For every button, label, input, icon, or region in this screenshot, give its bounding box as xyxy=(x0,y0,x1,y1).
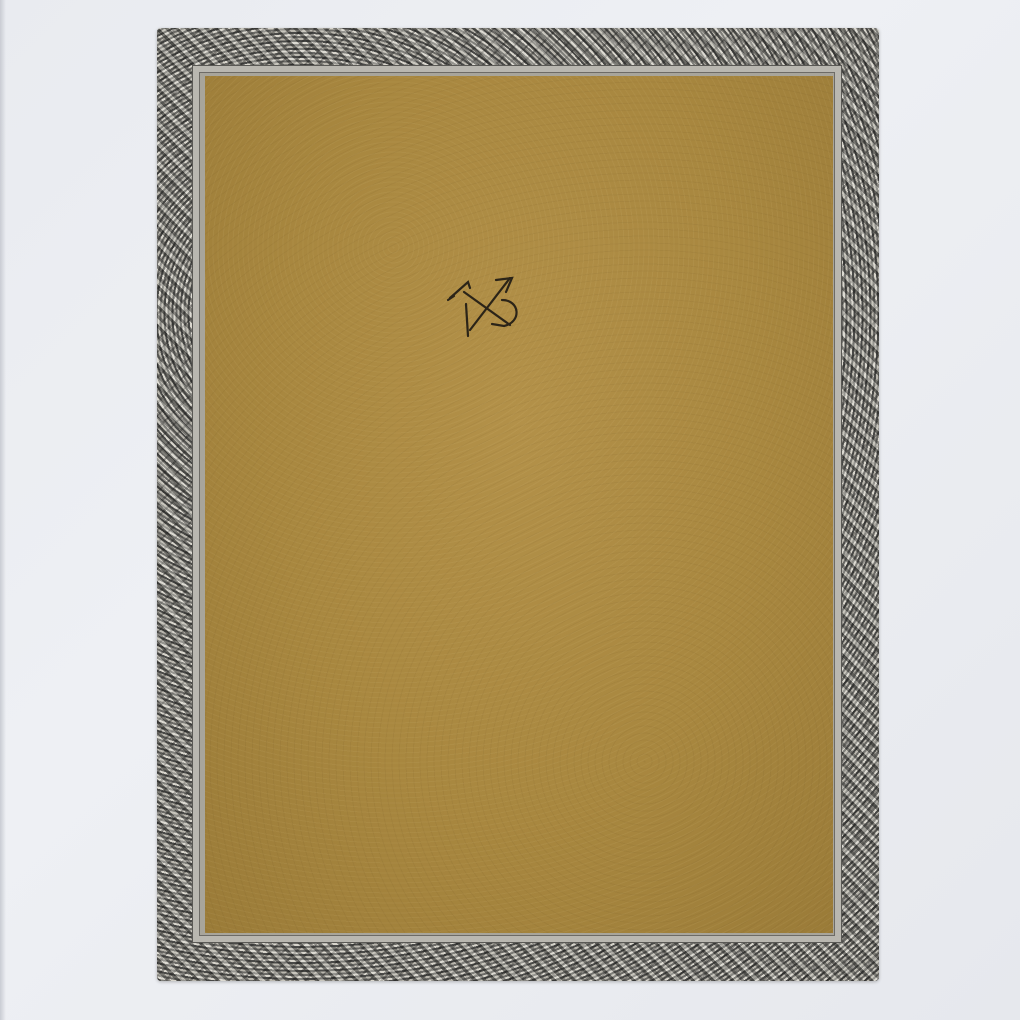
hallmark-symbol-icon xyxy=(440,270,525,340)
cardboard-backing xyxy=(205,76,833,933)
background-edge-shadow xyxy=(0,0,6,1020)
